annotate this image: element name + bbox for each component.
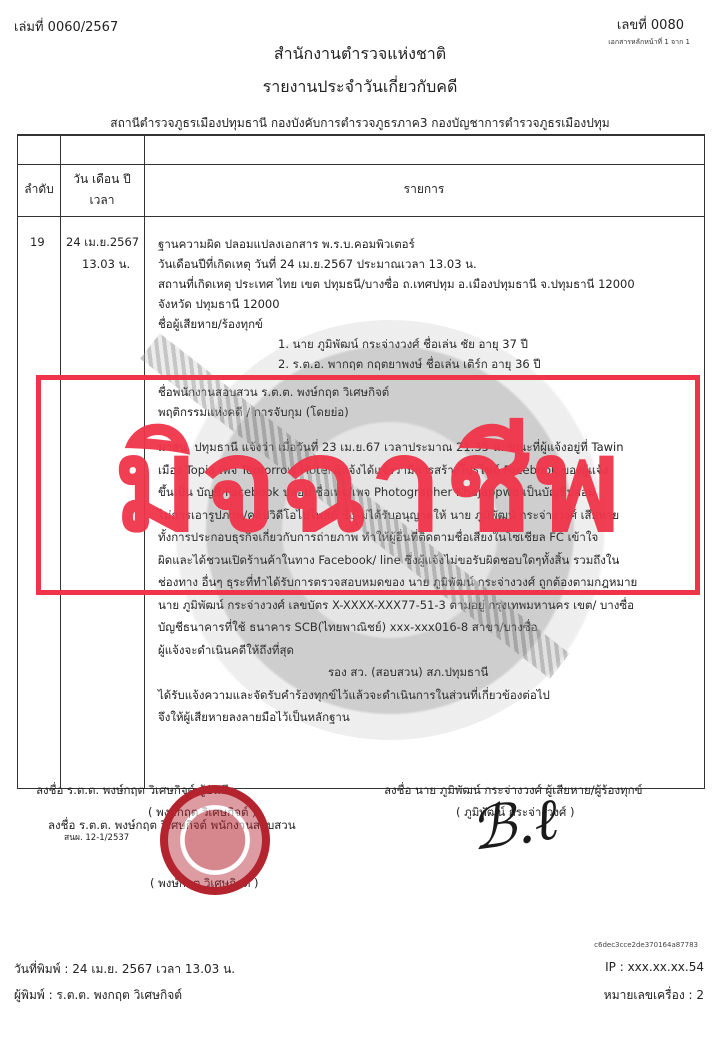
narrative-line: ไม่การเอารูปภาพ/คลิปวิดีโอไปโพสต์ ซึ่งไม… (158, 504, 637, 527)
document-number: เลขที่ 0080 (617, 14, 684, 35)
header-items: รายการ (144, 178, 704, 200)
narrative: มาสน. ปทุมธานี แจ้งว่า เมื่อวันที่ 23 เม… (158, 436, 637, 729)
incident-location: สถานที่เกิดเหตุ ประเทศ ไทย เขต ปทุมธนี/บ… (158, 274, 635, 294)
header-date: วัน เดือน ปี (60, 168, 144, 190)
row-divider (18, 216, 704, 217)
column-divider (60, 136, 61, 788)
closing-line: จึงให้ผู้เสียหายลงลายมือไว้เป็นหลักฐาน (158, 706, 637, 729)
narrative-line: มาสน. ปทุมธานี แจ้งว่า เมื่อวันที่ 23 เม… (158, 436, 637, 459)
book-number: เล่มที่ 0060/2567 (14, 16, 118, 37)
victim-1: 1. นาย ภูมิพัฒน์ กระจ่างวงศ์ ชื่อเล่น ชั… (158, 334, 635, 354)
narrative-line: ช่องทาง อื่นๆ ธุระที่ทำได้รับการตรวจสอบห… (158, 571, 637, 594)
machine-number: หมายเลขเครื่อง : 2 (604, 986, 704, 1005)
province: จังหวัด ปทุมธานี 12000 (158, 294, 635, 314)
incident-date: วันเดือนปีที่เกิดเหตุ วันที่ 24 เม.ย.256… (158, 254, 635, 274)
investigator-name: ( พงษ์กฤต วิเศษกิจต์ ) (150, 875, 259, 893)
narrative-line: ผู้แจ้งจะดำเนินคดีให้ถึงที่สุด (158, 639, 637, 662)
victim-2: 2. ร.ต.อ. พากฤต กฤตยาพงษ์ ชื่อเล่น เติร์… (158, 354, 635, 374)
row-date: 24 เม.ย.2567 (66, 232, 139, 252)
agency-title: สำนักงานตำรวจแห่งชาติ (0, 42, 720, 67)
handwritten-signature: ℬ.ℓ (466, 784, 563, 864)
print-date: วันที่พิมพ์ : 24 เม.ย. 2567 เวลา 13.03 น… (14, 960, 235, 979)
investigator: ชื่อพนักงานสอบสวน ร.ต.ต. พงษ์กฤต วิเศษกิ… (158, 382, 635, 402)
ip-address: IP : xxx.xx.xx.54 (605, 960, 704, 974)
narrative-line: เมือง Topia เพจ Tomorrow Hotel ผู้แจ้งได… (158, 459, 637, 482)
row-divider (18, 164, 704, 165)
narrative-line: นาย ภูมิพัฒน์ กระจ่างวงศ์ เลขบัตร X-XXXX… (158, 594, 637, 617)
behavior-title: พฤติกรรมแห่งคดี / การจับกุม (โดยย่อ) (158, 402, 635, 422)
recorder-signature-line: ลงชื่อ ร.ต.ต. พงษ์กฤต วิเศษกิจต์ ผู้บันท… (36, 780, 235, 800)
investigator-signature-line: ลงชื่อ ร.ต.ต. พงษ์กฤต วิเศษกิจต์ พนักงาน… (48, 817, 296, 835)
case-details: ฐานความผิด ปลอมแปลงเอกสาร พ.ร.บ.คอมพิวเต… (158, 234, 635, 422)
column-divider (144, 136, 145, 788)
header-time: เวลา (60, 189, 144, 211)
printer-name: ผู้พิมพ์ : ร.ต.ต. พงกฤต วิเศษกิจต์ (14, 986, 182, 1005)
victims-label: ชื่อผู้เสียหาย/ร้องทุกข์ (158, 314, 635, 334)
document-hash: c6dec3cce2de370164a87783 (594, 941, 698, 949)
offense: ฐานความผิด ปลอมแปลงเอกสาร พ.ร.บ.คอมพิวเต… (158, 234, 635, 254)
closing-line: ได้รับแจ้งความและจัดรับคำร้องทุกข์ไว้แล้… (158, 684, 637, 707)
header-seq: ลำดับ (18, 178, 60, 200)
report-title: รายงานประจำวันเกี่ยวกับคดี (0, 75, 720, 100)
narrative-line: ผิดและได้ชวนเปิดร้านค้าในทาง Facebook/ l… (158, 549, 637, 572)
report-table: ลำดับ วัน เดือน ปี เวลา รายการ 19 24 เม.… (17, 134, 705, 789)
deputy-title: รอง สว. (สอบสวน) สภ.ปทุมธานี (158, 661, 637, 684)
narrative-line: ทั้งการประกอบธุรกิจเกี่ยวกับการถ่ายภาพ ท… (158, 526, 637, 549)
narrative-line: ขึ้นเป็น บัญชี Facebook ปลอม ชื่อเพจ/เพจ… (158, 481, 637, 504)
station-name: สถานีตำรวจภูธรเมืองปทุมธานี กองบังคับการ… (0, 114, 720, 133)
row-seq: 19 (30, 232, 45, 252)
narrative-line: บัญชีธนาคารที่ใช้ ธนาคาร SCB(ไทยพาณิชย์)… (158, 616, 637, 639)
row-time: 13.03 น. (82, 254, 130, 274)
